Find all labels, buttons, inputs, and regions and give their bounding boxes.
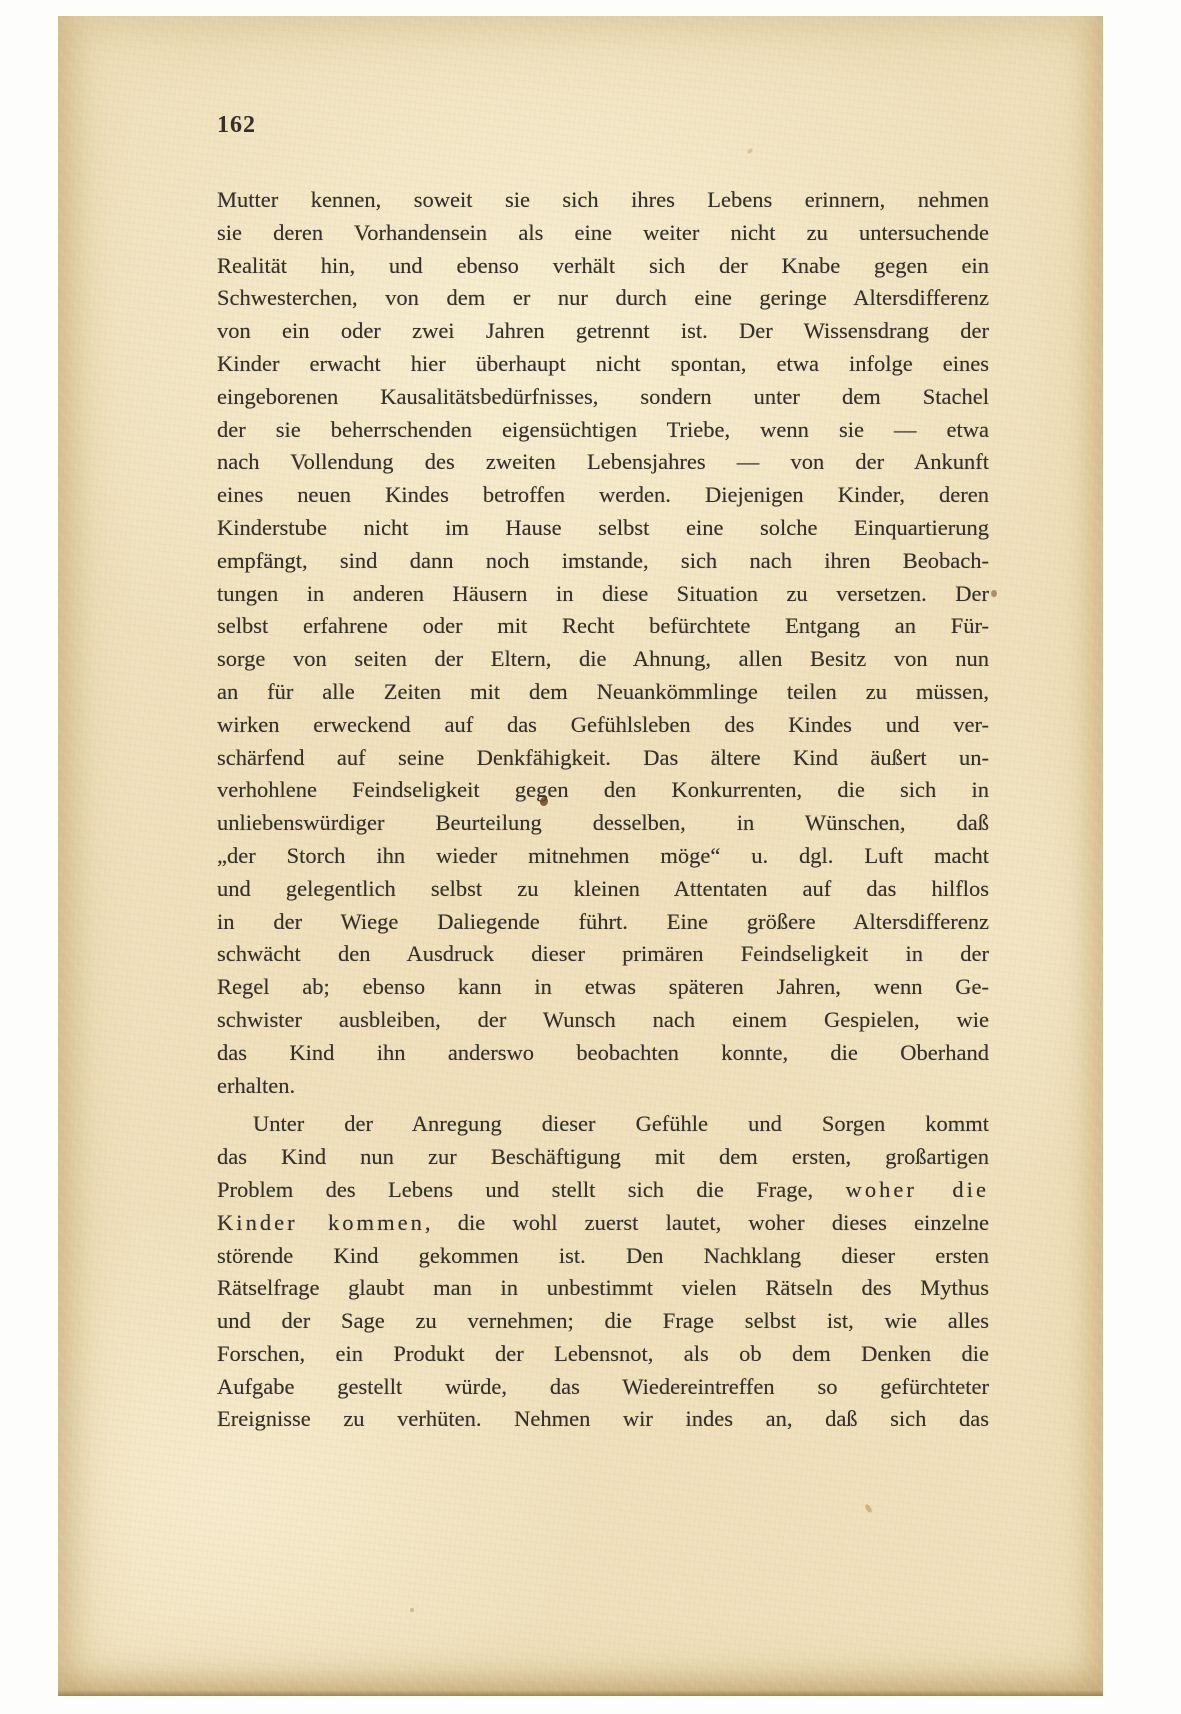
text-line: sorge von seiten der Eltern, die Ahnung,… — [217, 643, 989, 676]
text-segment: schärfend auf seine Denkfähigkeit. Das ä… — [217, 745, 989, 770]
text-segment: erhalten. — [217, 1073, 295, 1098]
text-line: und gelegentlich selbst zu kleinen Atten… — [217, 873, 989, 906]
text-segment: eines neuen Kindes betroffen werden. Die… — [217, 482, 989, 507]
text-line: und der Sage zu vernehmen; die Frage sel… — [217, 1305, 989, 1338]
text-segment: Forschen, ein Produkt der Lebensnot, als… — [217, 1341, 989, 1366]
text-line: erhalten. — [217, 1070, 989, 1103]
text-line: verhohlene Feindseligkeit gegen den Konk… — [217, 774, 989, 807]
emphasized-text: Kinder kommen — [217, 1210, 425, 1235]
text-segment: , die wohl zuerst lautet, woher dieses e… — [425, 1210, 989, 1235]
ink-speck — [864, 1503, 873, 1513]
text-line: empfängt, sind dann noch imstande, sich … — [217, 545, 989, 578]
text-segment: selbst erfahrene oder mit Recht befürcht… — [217, 613, 989, 638]
text-line: Regel ab; ebenso kann in etwas späteren … — [217, 971, 989, 1004]
text-line: Schwesterchen, von dem er nur durch eine… — [217, 282, 989, 315]
text-segment: der sie beherrschenden eigensüchtigen Tr… — [217, 417, 989, 442]
text-line: der sie beherrschenden eigensüchtigen Tr… — [217, 414, 989, 447]
text-segment: schwister ausbleiben, der Wunsch nach ei… — [217, 1007, 989, 1032]
text-line: Problem des Lebens und stellt sich die F… — [217, 1174, 989, 1207]
paragraph: Unter der Anregung dieser Gefühle und So… — [217, 1108, 989, 1436]
book-page: 162 Mutter kennen, soweit sie sich ihres… — [58, 16, 1103, 1696]
text-segment: Aufgabe gestellt würde, das Wiedereintre… — [217, 1374, 989, 1399]
text-block: Mutter kennen, soweit sie sich ihres Leb… — [217, 184, 989, 1436]
text-line: schärfend auf seine Denkfähigkeit. Das ä… — [217, 742, 989, 775]
text-segment: Rätselfrage glaubt man in unbestimmt vie… — [217, 1275, 989, 1300]
text-segment: das Kind ihn anderswo beobachten konnte,… — [217, 1040, 989, 1065]
ink-speck — [747, 147, 754, 154]
text-segment: Regel ab; ebenso kann in etwas späteren … — [217, 974, 989, 999]
text-line: Aufgabe gestellt würde, das Wiedereintre… — [217, 1371, 989, 1404]
ink-speck — [410, 1608, 414, 1612]
text-line: störende Kind gekommen ist. Den Nachklan… — [217, 1240, 989, 1273]
text-segment: Schwesterchen, von dem er nur durch eine… — [217, 285, 989, 310]
text-line: eingeborenen Kausalitätsbedürfnisses, so… — [217, 381, 989, 414]
text-segment: und der Sage zu vernehmen; die Frage sel… — [217, 1308, 989, 1333]
text-line: selbst erfahrene oder mit Recht befürcht… — [217, 610, 989, 643]
text-line: tungen in anderen Häusern in diese Situa… — [217, 578, 989, 611]
text-segment: in der Wiege Daliegende führt. Eine größ… — [217, 909, 989, 934]
text-segment: tungen in anderen Häusern in diese Situa… — [217, 581, 989, 606]
text-segment: wirken erweckend auf das Gefühlsleben de… — [217, 712, 989, 737]
text-segment: unliebenswürdiger Beurteilung desselben,… — [217, 810, 989, 835]
text-segment: „der Storch ihn wieder mitnehmen möge“ u… — [217, 843, 989, 868]
text-segment: Realität hin, und ebenso verhält sich de… — [217, 253, 989, 278]
text-segment: Mutter kennen, soweit sie sich ihres Leb… — [217, 187, 989, 212]
text-segment: und gelegentlich selbst zu kleinen Atten… — [217, 876, 989, 901]
text-segment: störende Kind gekommen ist. Den Nachklan… — [217, 1243, 989, 1268]
text-line: wirken erweckend auf das Gefühlsleben de… — [217, 709, 989, 742]
text-line: „der Storch ihn wieder mitnehmen möge“ u… — [217, 840, 989, 873]
text-line: Unter der Anregung dieser Gefühle und So… — [217, 1108, 989, 1141]
text-line: das Kind nun zur Beschäftigung mit dem e… — [217, 1141, 989, 1174]
emphasized-text: woher die — [846, 1177, 989, 1202]
text-line: Kinderstube nicht im Hause selbst eine s… — [217, 512, 989, 545]
text-segment: empfängt, sind dann noch imstande, sich … — [217, 548, 989, 573]
text-line: Kinder erwacht hier überhaupt nicht spon… — [217, 348, 989, 381]
scan-background: { "colors":{ "paper":"#efe1bd", "paper_e… — [0, 0, 1181, 1714]
ink-speck — [991, 590, 997, 597]
text-segment: Kinderstube nicht im Hause selbst eine s… — [217, 515, 989, 540]
text-segment: sorge von seiten der Eltern, die Ahnung,… — [217, 646, 989, 671]
page-number: 162 — [217, 112, 256, 139]
text-line: Kinder kommen, die wohl zuerst lautet, w… — [217, 1207, 989, 1240]
text-segment: Unter der Anregung dieser Gefühle und So… — [253, 1111, 989, 1136]
text-segment: an für alle Zeiten mit dem Neuankömmling… — [217, 679, 989, 704]
text-line: Rätselfrage glaubt man in unbestimmt vie… — [217, 1272, 989, 1305]
text-segment: das Kind nun zur Beschäftigung mit dem e… — [217, 1144, 989, 1169]
text-segment: Ereignisse zu verhüten. Nehmen wir indes… — [217, 1406, 989, 1431]
text-line: Forschen, ein Produkt der Lebensnot, als… — [217, 1338, 989, 1371]
paragraph: Mutter kennen, soweit sie sich ihres Leb… — [217, 184, 989, 1102]
text-line: Realität hin, und ebenso verhält sich de… — [217, 250, 989, 283]
text-line: Mutter kennen, soweit sie sich ihres Leb… — [217, 184, 989, 217]
text-segment: sie deren Vorhandensein als eine weiter … — [217, 220, 989, 245]
text-line: das Kind ihn anderswo beobachten konnte,… — [217, 1037, 989, 1070]
text-line: unliebenswürdiger Beurteilung desselben,… — [217, 807, 989, 840]
text-line: eines neuen Kindes betroffen werden. Die… — [217, 479, 989, 512]
text-segment: eingeborenen Kausalitätsbedürfnisses, so… — [217, 384, 989, 409]
text-segment: von ein oder zwei Jahren getrennt ist. D… — [217, 318, 989, 343]
text-line: Ereignisse zu verhüten. Nehmen wir indes… — [217, 1403, 989, 1436]
text-segment: verhohlene Feindseligkeit gegen den Konk… — [217, 777, 989, 802]
text-line: schwister ausbleiben, der Wunsch nach ei… — [217, 1004, 989, 1037]
text-line: von ein oder zwei Jahren getrennt ist. D… — [217, 315, 989, 348]
text-segment: schwächt den Ausdruck dieser primären Fe… — [217, 941, 989, 966]
text-line: sie deren Vorhandensein als eine weiter … — [217, 217, 989, 250]
text-line: schwächt den Ausdruck dieser primären Fe… — [217, 938, 989, 971]
text-segment: Kinder erwacht hier überhaupt nicht spon… — [217, 351, 989, 376]
text-segment: Problem des Lebens und stellt sich die F… — [217, 1177, 846, 1202]
text-line: nach Vollendung des zweiten Lebensjahres… — [217, 446, 989, 479]
text-line: an für alle Zeiten mit dem Neuankömmling… — [217, 676, 989, 709]
text-segment: nach Vollendung des zweiten Lebensjahres… — [217, 449, 989, 474]
text-line: in der Wiege Daliegende führt. Eine größ… — [217, 906, 989, 939]
